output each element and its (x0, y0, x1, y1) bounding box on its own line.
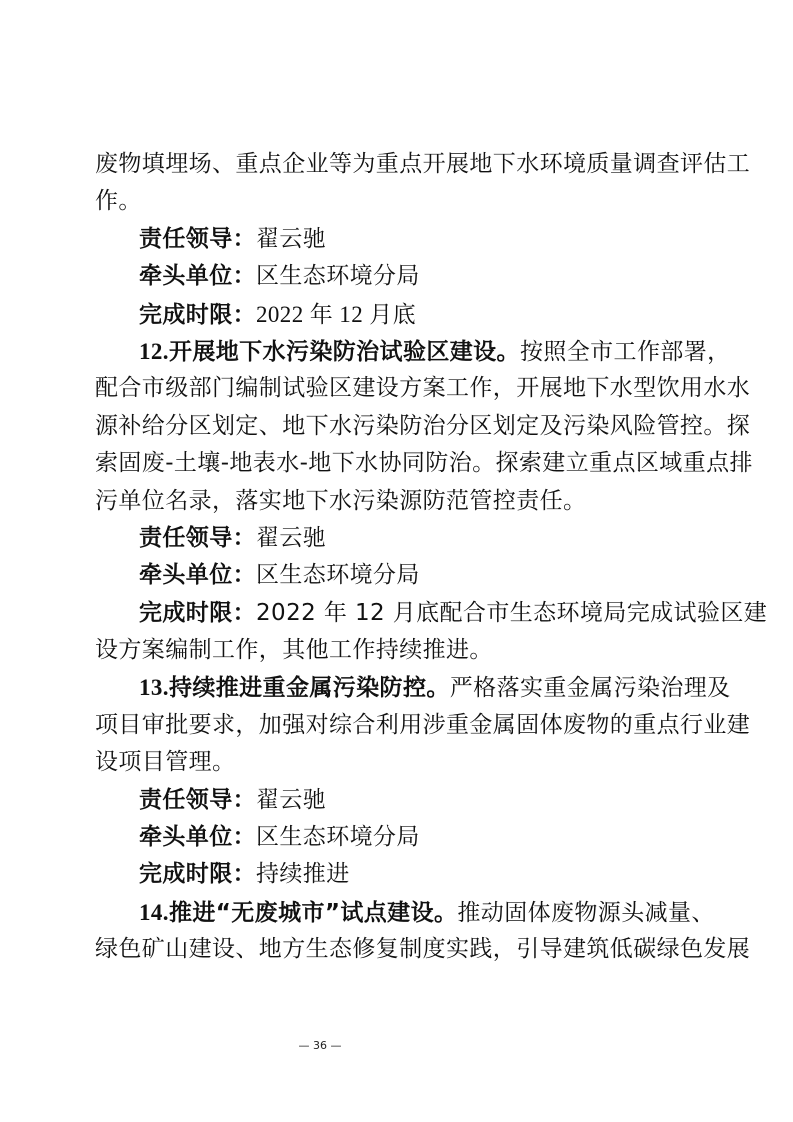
lead-unit-row: 牵头单位：区生态环境分局 (95, 819, 695, 856)
paragraph-line: 设方案编制工作，其他工作持续推进。 (95, 632, 695, 669)
item-number: 13. (139, 675, 169, 700)
paragraph-line: 索固废-土壤-地表水-地下水协同防治。探索建立重点区域重点排 (95, 445, 695, 482)
item-title: 开展地下水污染防治试验区建设。 (169, 339, 520, 365)
paragraph-text: 按照全市工作部署， (520, 339, 731, 365)
field-label: 牵头单位： (139, 263, 256, 289)
document-body: 废物填埋场、重点企业等为重点开展地下水环境质量调查评估工 作。 责任领导：翟云驰… (95, 146, 695, 969)
item-title: 推进“无废城市”试点建设。 (169, 900, 457, 926)
deadline-row: 完成时限：2022 年 12 月底 (95, 296, 695, 333)
field-label: 完成时限： (139, 600, 256, 626)
field-value: 2022 年 12 月底配合市生态环境局完成试验区建 (256, 600, 767, 626)
paragraph-line: 配合市级部门编制试验区建设方案工作，开展地下水型饮用水水 (95, 370, 695, 407)
page-number: — 36 — (0, 1039, 640, 1052)
field-label: 责任领导： (139, 226, 256, 252)
deadline-row: 完成时限：持续推进 (95, 856, 695, 893)
lead-unit-row: 牵头单位：区生态环境分局 (95, 557, 695, 594)
field-label: 责任领导： (139, 525, 256, 551)
item-title: 持续推进重金属污染防控。 (169, 675, 450, 701)
field-label: 完成时限： (139, 861, 256, 887)
field-value: 区生态环境分局 (256, 263, 420, 289)
lead-unit-row: 牵头单位：区生态环境分局 (95, 258, 695, 295)
paragraph-line: 设项目管理。 (95, 744, 695, 781)
item-number: 14. (139, 900, 169, 925)
paragraph-line: 作。 (95, 183, 695, 220)
field-value: 翟云驰 (256, 787, 326, 813)
field-label: 责任领导： (139, 787, 256, 813)
field-value: 区生态环境分局 (256, 562, 420, 588)
item-heading: 14.推进“无废城市”试点建设。推动固体废物源头减量、 (95, 894, 695, 931)
field-value: 区生态环境分局 (256, 824, 420, 850)
field-value: 2022 年 12 月底 (256, 302, 416, 327)
paragraph-text: 严格落实重金属污染治理及 (450, 675, 731, 701)
deadline-row: 完成时限：2022 年 12 月底配合市生态环境局完成试验区建 (95, 595, 695, 632)
paragraph-line: 项目审批要求，加强对综合利用涉重金属固体废物的重点行业建 (95, 707, 695, 744)
responsible-leader-row: 责任领导：翟云驰 (95, 221, 695, 258)
field-label: 牵头单位： (139, 562, 256, 588)
responsible-leader-row: 责任领导：翟云驰 (95, 520, 695, 557)
document-page: 废物填埋场、重点企业等为重点开展地下水环境质量调查评估工 作。 责任领导：翟云驰… (0, 0, 793, 1122)
field-label: 牵头单位： (139, 824, 256, 850)
field-value: 持续推进 (256, 861, 350, 887)
item-number: 12. (139, 339, 169, 364)
item-heading: 13.持续推进重金属污染防控。严格落实重金属污染治理及 (95, 669, 695, 706)
field-label: 完成时限： (139, 302, 256, 328)
paragraph-line: 绿色矿山建设、地方生态修复制度实践，引导建筑低碳绿色发展 (95, 931, 695, 968)
paragraph-text: 推动固体废物源头减量、 (457, 900, 714, 926)
field-value: 翟云驰 (256, 226, 326, 252)
item-heading: 12.开展地下水污染防治试验区建设。按照全市工作部署， (95, 333, 695, 370)
paragraph-line: 污单位名录，落实地下水污染源防范管控责任。 (95, 483, 695, 520)
field-value: 翟云驰 (256, 525, 326, 551)
paragraph-line: 源补给分区划定、地下水污染防治分区划定及污染风险管控。探 (95, 408, 695, 445)
paragraph-line: 废物填埋场、重点企业等为重点开展地下水环境质量调查评估工 (95, 146, 695, 183)
responsible-leader-row: 责任领导：翟云驰 (95, 782, 695, 819)
